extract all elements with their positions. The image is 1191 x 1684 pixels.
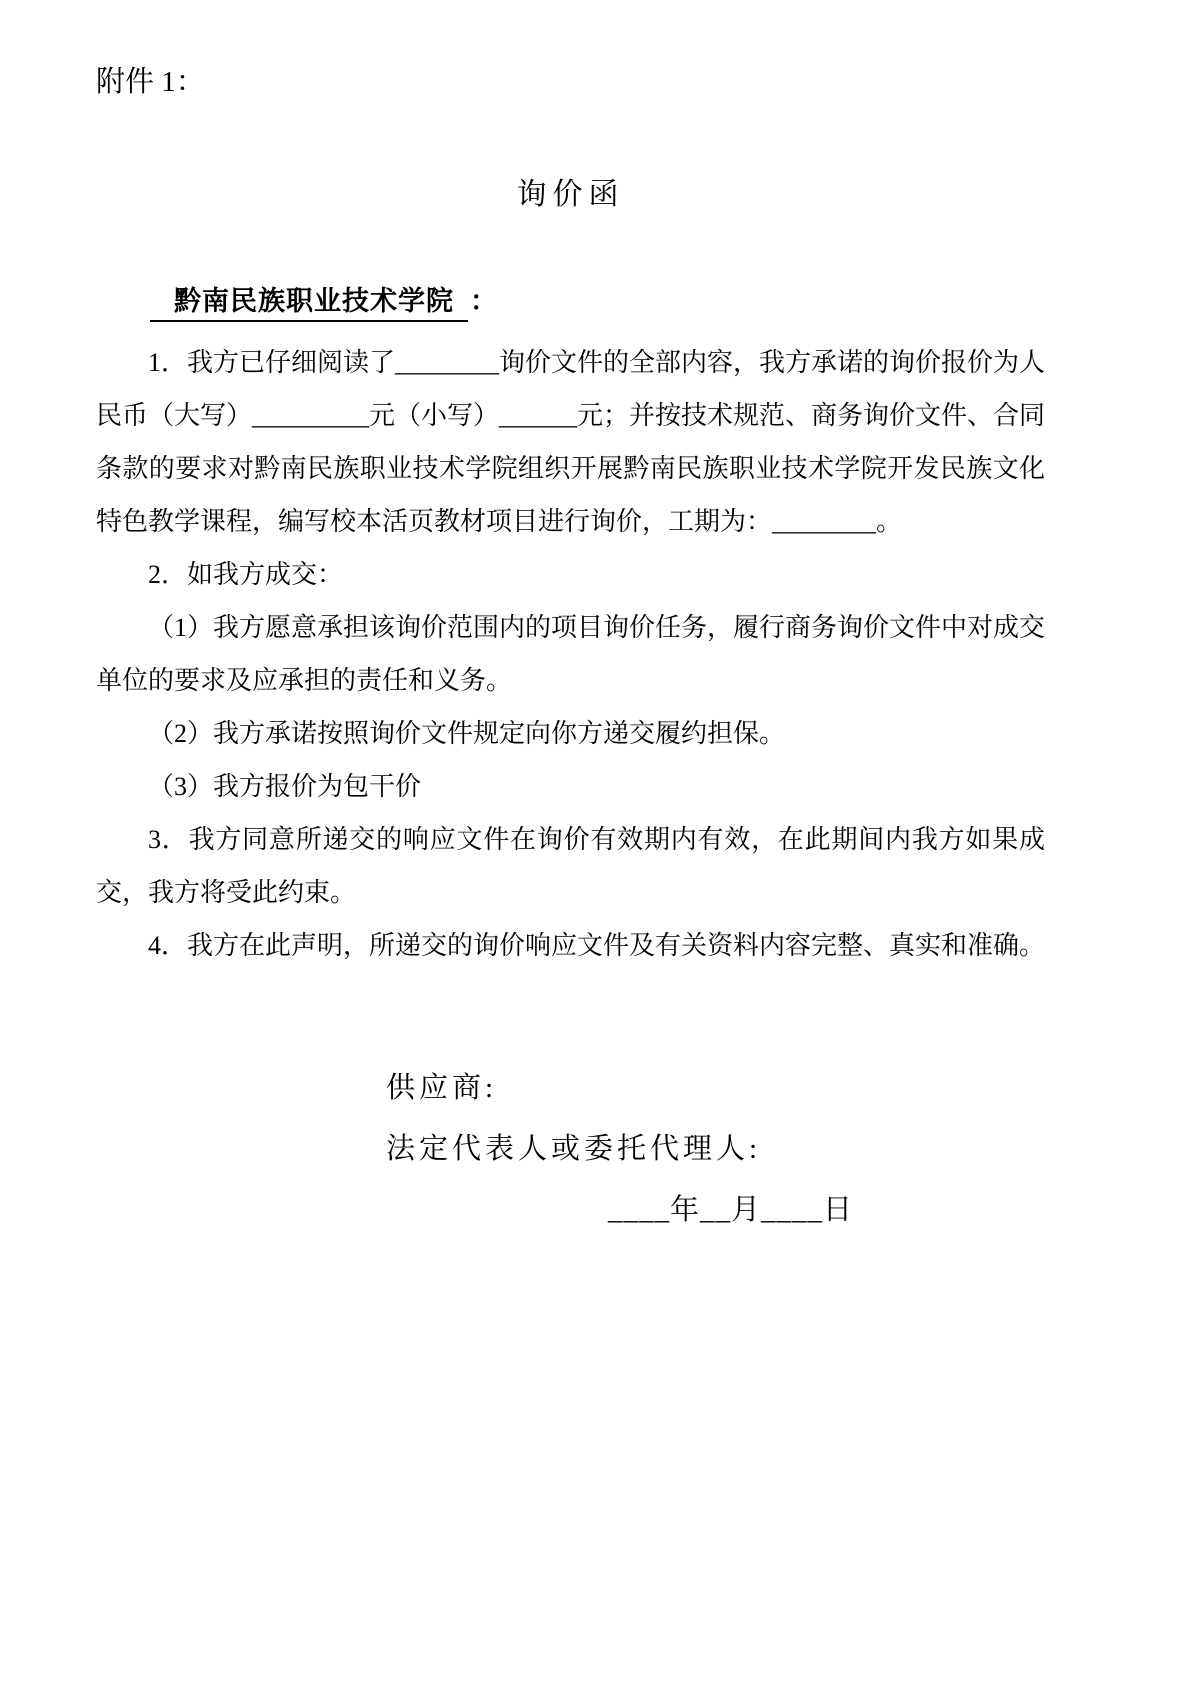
body-paragraph-5: （3）我方报价为包干价 (96, 760, 1045, 813)
recipient-line: 黔南民族职业技术学院： (96, 278, 1045, 324)
attachment-label: 附件 1： (96, 62, 1045, 102)
body-paragraph-1: 1．我方已仔细阅读了________询价文件的全部内容，我方承诺的询价报价为人民… (96, 336, 1045, 548)
body-paragraph-4: （2）我方承诺按照询价文件规定向你方递交履约担保。 (96, 707, 1045, 760)
body-paragraph-6: 3．我方同意所递交的响应文件在询价有效期内有效，在此期间内我方如果成交，我方将受… (96, 813, 1045, 919)
supplier-label: 供应商: (386, 1058, 1045, 1119)
representative-label: 法定代表人或委托代理人: (386, 1119, 1045, 1180)
date-line: ____年__月____日 (608, 1180, 1045, 1241)
recipient-name: 黔南民族职业技术学院 (150, 286, 468, 322)
page-title: 询价函 (96, 174, 1045, 216)
body-paragraph-2: 2．如我方成交： (96, 548, 1045, 601)
body-paragraph-3: （1）我方愿意承担该询价范围内的项目询价任务，履行商务询价文件中对成交单位的要求… (96, 601, 1045, 707)
body-paragraph-7: 4．我方在此声明，所递交的询价响应文件及有关资料内容完整、真实和准确。 (96, 919, 1045, 972)
signature-block: 供应商: 法定代表人或委托代理人: ____年__月____日 (386, 1058, 1045, 1241)
document-body: 1．我方已仔细阅读了________询价文件的全部内容，我方承诺的询价报价为人民… (96, 336, 1045, 972)
document-page: 附件 1： 询价函 黔南民族职业技术学院： 1．我方已仔细阅读了________… (0, 0, 1191, 1684)
recipient-colon: ： (468, 286, 497, 316)
